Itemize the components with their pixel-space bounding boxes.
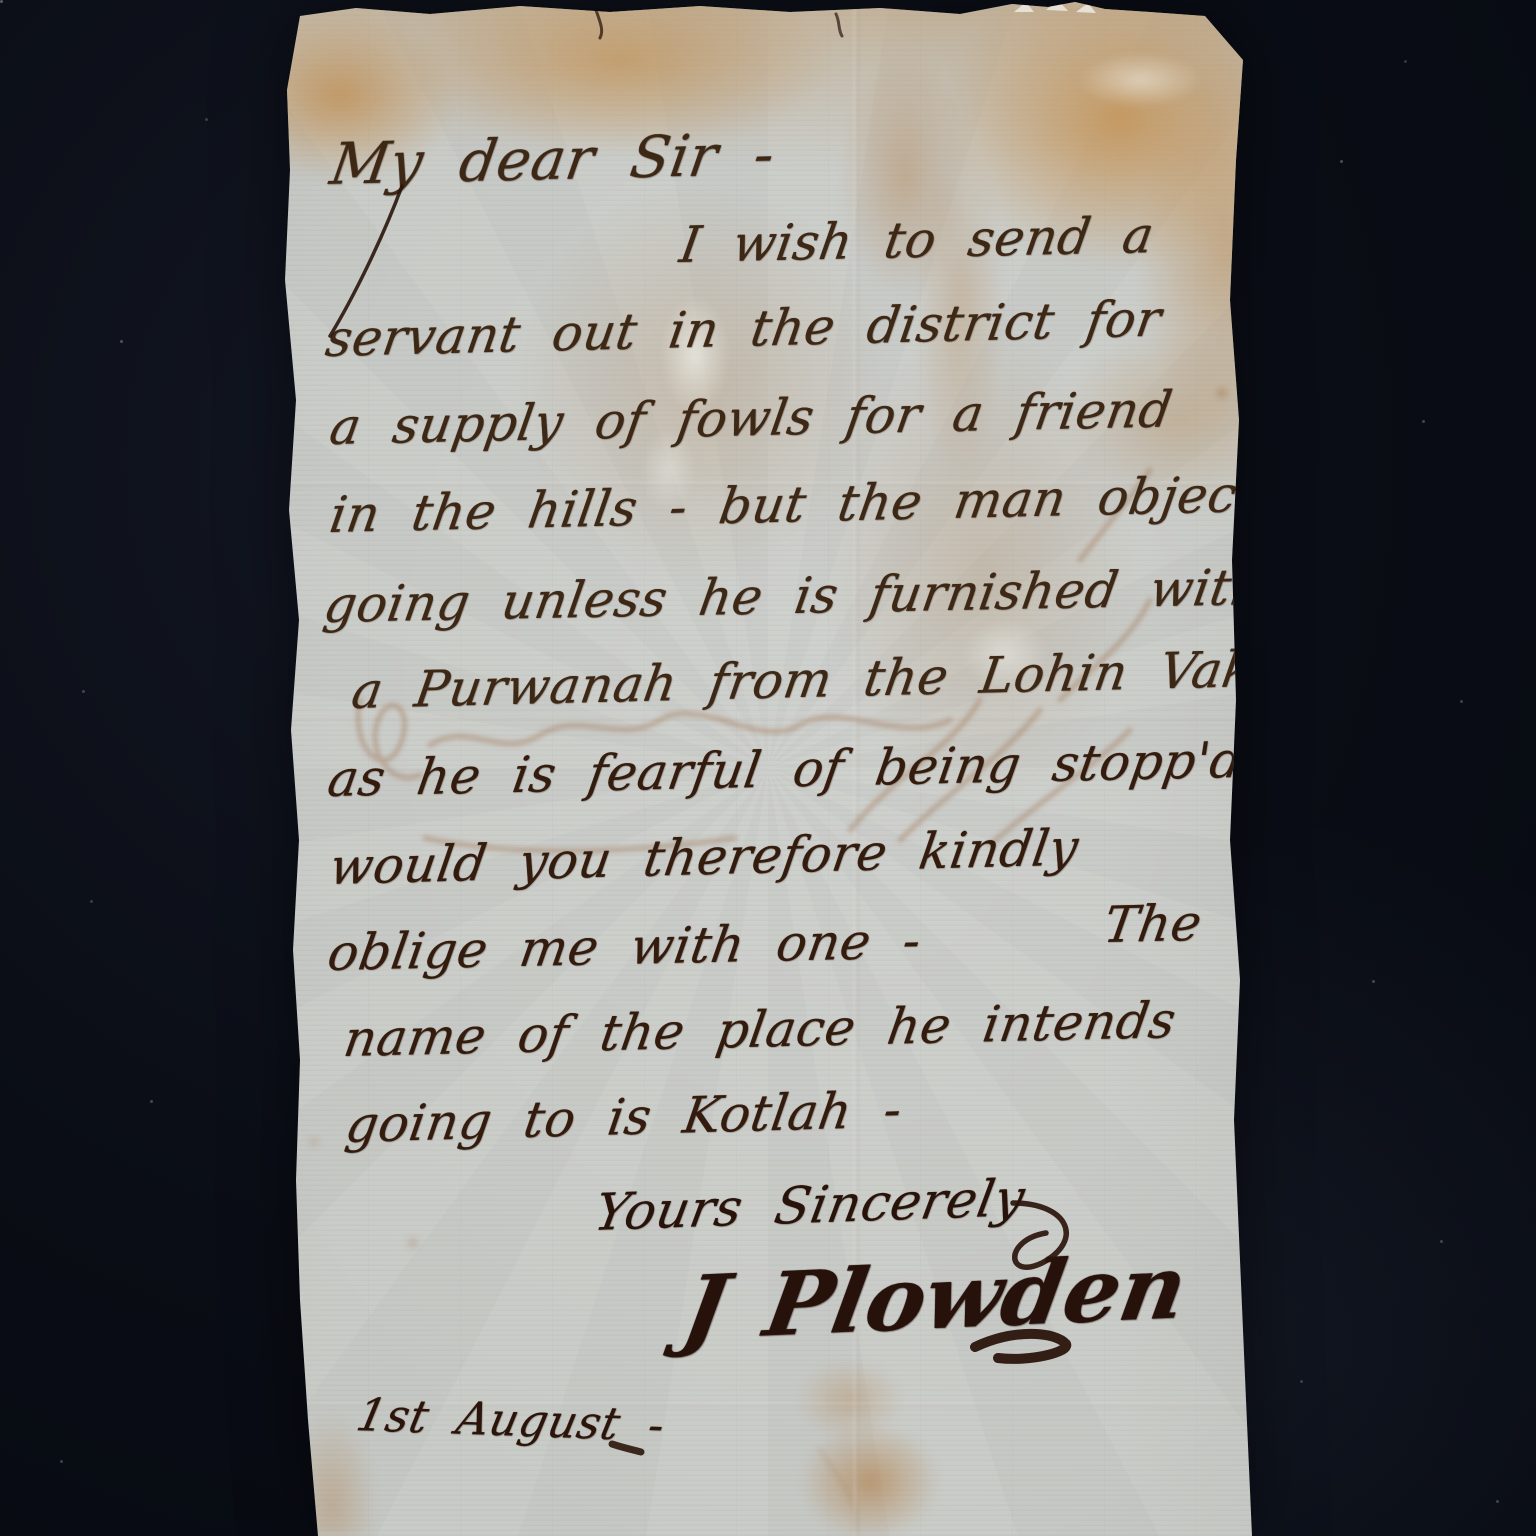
letter-photograph: My dear Sir - I wish to send a servant o… (0, 0, 1536, 1536)
paper-shadow-wrap: My dear Sir - I wish to send a servant o… (0, 0, 1536, 1536)
ink-flourishes (0, 0, 1536, 1536)
paper-sheet: My dear Sir - I wish to send a servant o… (0, 0, 1536, 1536)
torn-paper-flecks (1014, 0, 1096, 13)
